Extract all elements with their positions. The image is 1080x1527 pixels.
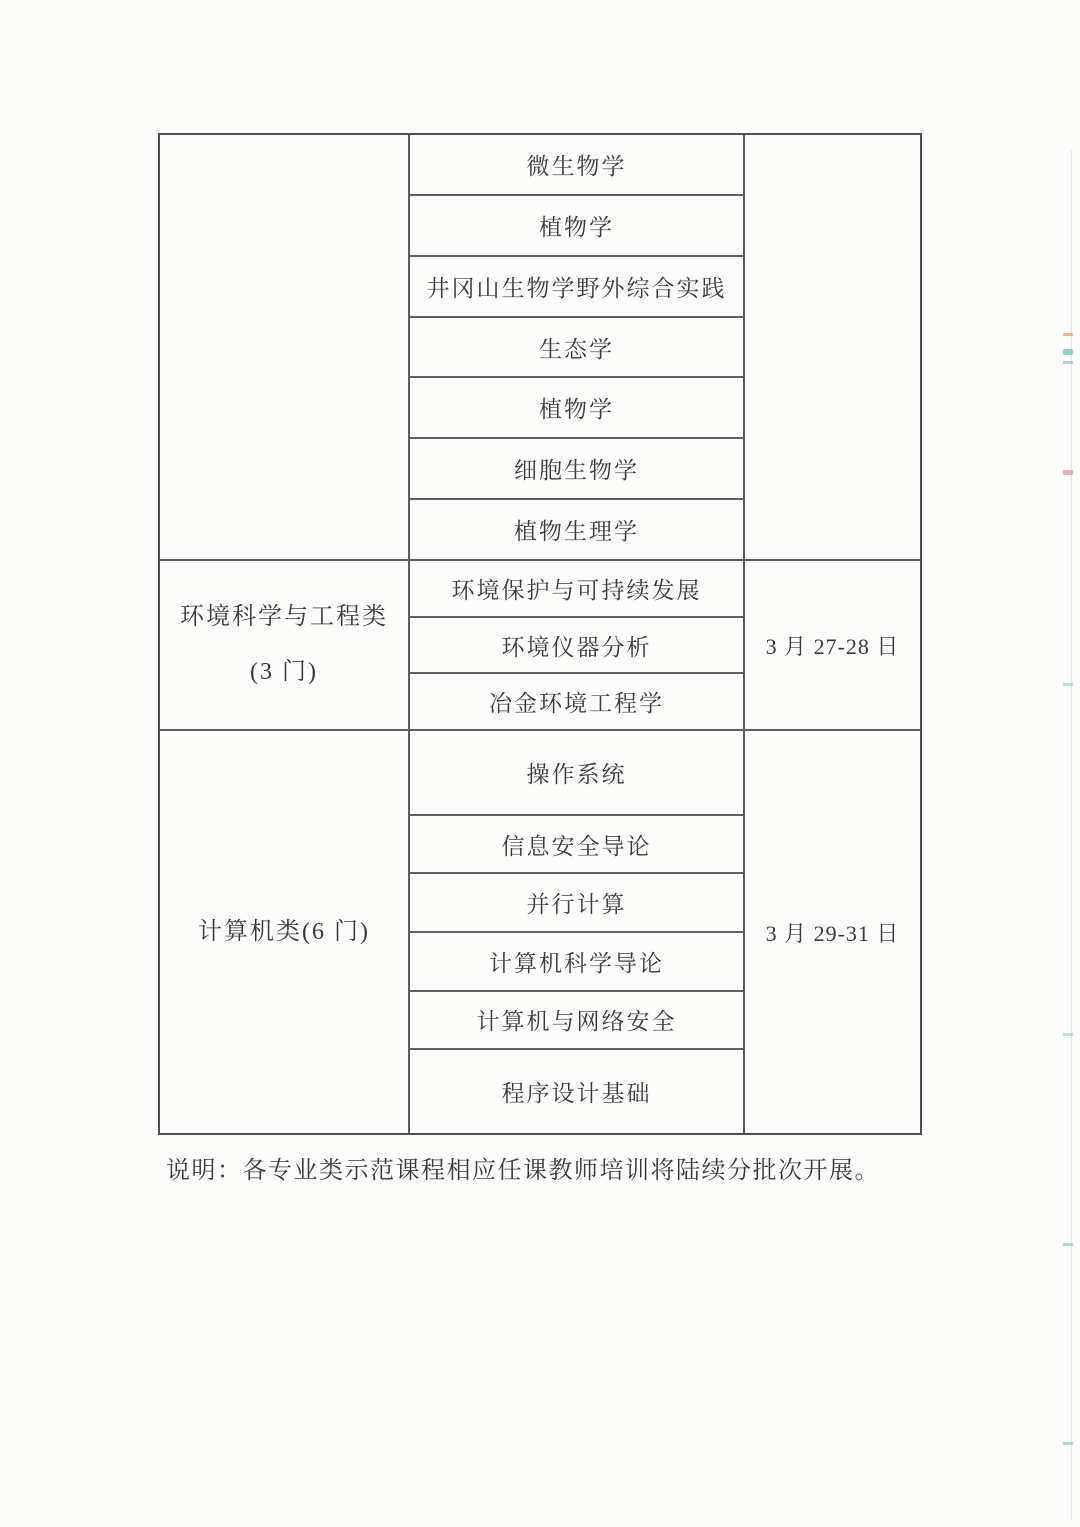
course-cell: 井冈山生物学野外综合实践 xyxy=(410,255,743,316)
scan-artifact-tick xyxy=(1063,361,1073,364)
course-cell: 植物生理学 xyxy=(410,498,743,559)
course-list: 环境保护与可持续发展 环境仪器分析 冶金环境工程学 xyxy=(410,561,743,729)
course-cell: 操作系统 xyxy=(410,731,743,814)
date-cell xyxy=(743,135,920,559)
course-cell: 冶金环境工程学 xyxy=(410,672,743,729)
scan-artifact-tick xyxy=(1063,1243,1073,1246)
course-schedule-table: 微生物学 植物学 井冈山生物学野外综合实践 生态学 植物学 细胞生物学 植物生理… xyxy=(158,133,922,1135)
table-section-computer: 计算机类(6 门) 操作系统 信息安全导论 并行计算 计算机科学导论 计算机与网… xyxy=(160,729,920,1133)
category-cell: 计算机类(6 门) xyxy=(160,731,410,1133)
course-cell: 细胞生物学 xyxy=(410,437,743,498)
date-cell: 3 月 29-31 日 xyxy=(743,731,920,1133)
course-cell: 微生物学 xyxy=(410,135,743,194)
category-label: 计算机类(6 门) xyxy=(198,918,370,947)
scan-edge-line xyxy=(1071,150,1072,1520)
category-count-label: (3 门) xyxy=(250,658,318,687)
scan-artifact-tick xyxy=(1063,1442,1073,1445)
course-cell: 并行计算 xyxy=(410,872,743,931)
course-cell: 计算机与网络安全 xyxy=(410,990,743,1049)
scan-artifact-tick xyxy=(1063,333,1073,336)
scan-artifact-tick xyxy=(1063,349,1073,355)
course-cell: 信息安全导论 xyxy=(410,814,743,873)
date-label: 3 月 27-28 日 xyxy=(766,630,900,661)
course-cell: 植物学 xyxy=(410,376,743,437)
scan-artifact-tick xyxy=(1063,470,1073,475)
date-cell: 3 月 27-28 日 xyxy=(743,561,920,729)
category-label: 环境科学与工程类 xyxy=(180,603,388,632)
course-cell: 环境保护与可持续发展 xyxy=(410,561,743,616)
course-list: 操作系统 信息安全导论 并行计算 计算机科学导论 计算机与网络安全 程序设计基础 xyxy=(410,731,743,1133)
course-cell: 生态学 xyxy=(410,316,743,377)
course-cell: 程序设计基础 xyxy=(410,1048,743,1133)
note-text: 说明：各专业类示范课程相应任课教师培训将陆续分批次开展。 xyxy=(166,1150,926,1185)
course-cell: 计算机科学导论 xyxy=(410,931,743,990)
scan-artifact-tick xyxy=(1063,683,1073,686)
date-label: 3 月 29-31 日 xyxy=(766,917,900,948)
course-list: 微生物学 植物学 井冈山生物学野外综合实践 生态学 植物学 细胞生物学 植物生理… xyxy=(410,135,743,559)
course-cell: 环境仪器分析 xyxy=(410,616,743,673)
table-section-biology-continued: 微生物学 植物学 井冈山生物学野外综合实践 生态学 植物学 细胞生物学 植物生理… xyxy=(160,135,920,559)
table-section-environment: 环境科学与工程类 (3 门) 环境保护与可持续发展 环境仪器分析 冶金环境工程学… xyxy=(160,559,920,729)
scan-artifact-tick xyxy=(1063,1033,1073,1036)
category-cell xyxy=(160,135,410,559)
category-cell: 环境科学与工程类 (3 门) xyxy=(160,561,410,729)
course-cell: 植物学 xyxy=(410,194,743,255)
